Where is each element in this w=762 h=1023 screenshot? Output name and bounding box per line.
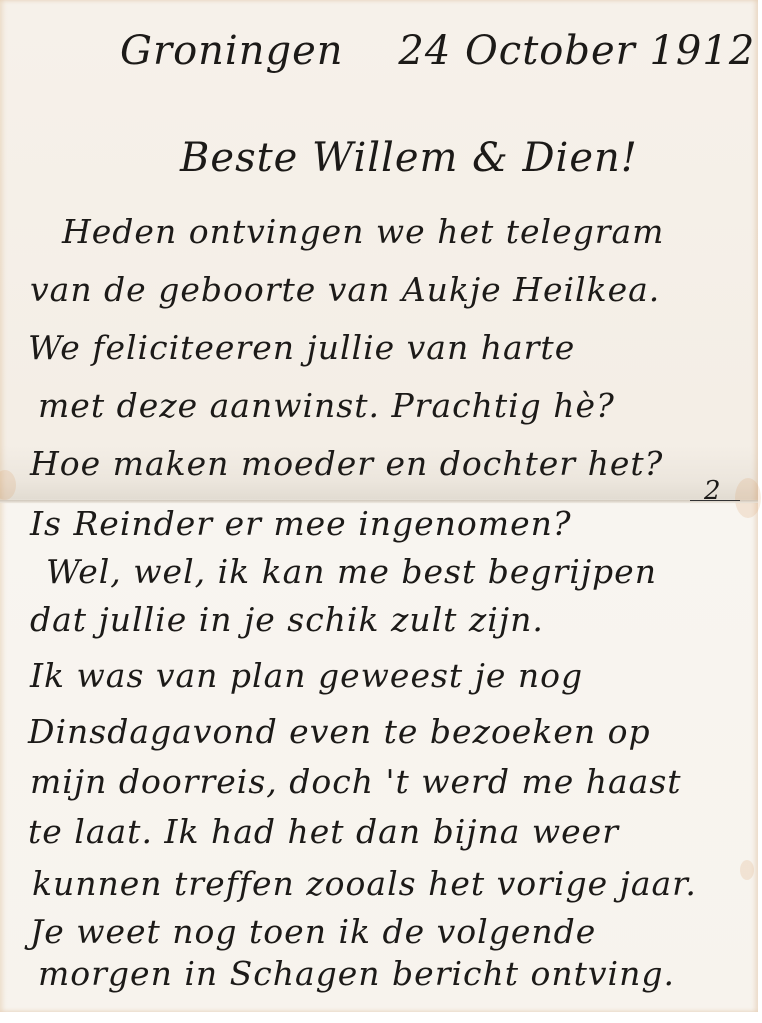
- header-date: 24 October 1912: [398, 28, 755, 74]
- foxing-stain: [0, 470, 16, 500]
- letter-paper: Groningen 24 October 1912 Beste Willem &…: [0, 0, 758, 1012]
- fold-ink-stroke: [690, 500, 740, 501]
- body-line: mijn doorreis, doch 't werd me haast: [30, 762, 682, 801]
- body-line: Je weet nog toen ik de volgende: [30, 912, 596, 951]
- letter-header: Groningen 24 October 1912: [120, 28, 755, 74]
- body-line: Heden ontvingen we het telegram: [62, 212, 664, 251]
- body-line: kunnen treffen zooals het vorige jaar.: [32, 864, 697, 903]
- paper-fold-crease: [0, 500, 758, 503]
- body-line: van de geboorte van Aukje Heilkea.: [30, 270, 660, 309]
- header-place: Groningen: [120, 28, 344, 74]
- fold-mark: 2: [704, 476, 721, 506]
- body-line-last: morgen in Schagen bericht ontving.: [38, 954, 675, 993]
- body-line: We feliciteeren jullie van harte: [28, 328, 575, 367]
- foxing-stain: [735, 478, 761, 518]
- body-line: met deze aanwinst. Prachtig hè?: [38, 386, 615, 425]
- body-line: Wel, wel, ik kan me best begrijpen: [46, 552, 657, 591]
- body-line: dat jullie in je schik zult zijn.: [30, 600, 544, 639]
- body-line: Hoe maken moeder en dochter het?: [30, 444, 663, 483]
- body-line: Dinsdagavond even te bezoeken op: [28, 712, 651, 751]
- body-line: te laat. Ik had het dan bijna weer: [28, 812, 619, 851]
- body-line: Is Reinder er mee ingenomen?: [30, 504, 572, 543]
- salutation: Beste Willem & Dien!: [180, 135, 638, 181]
- body-line: Ik was van plan geweest je nog: [30, 656, 583, 695]
- foxing-stain: [740, 860, 754, 880]
